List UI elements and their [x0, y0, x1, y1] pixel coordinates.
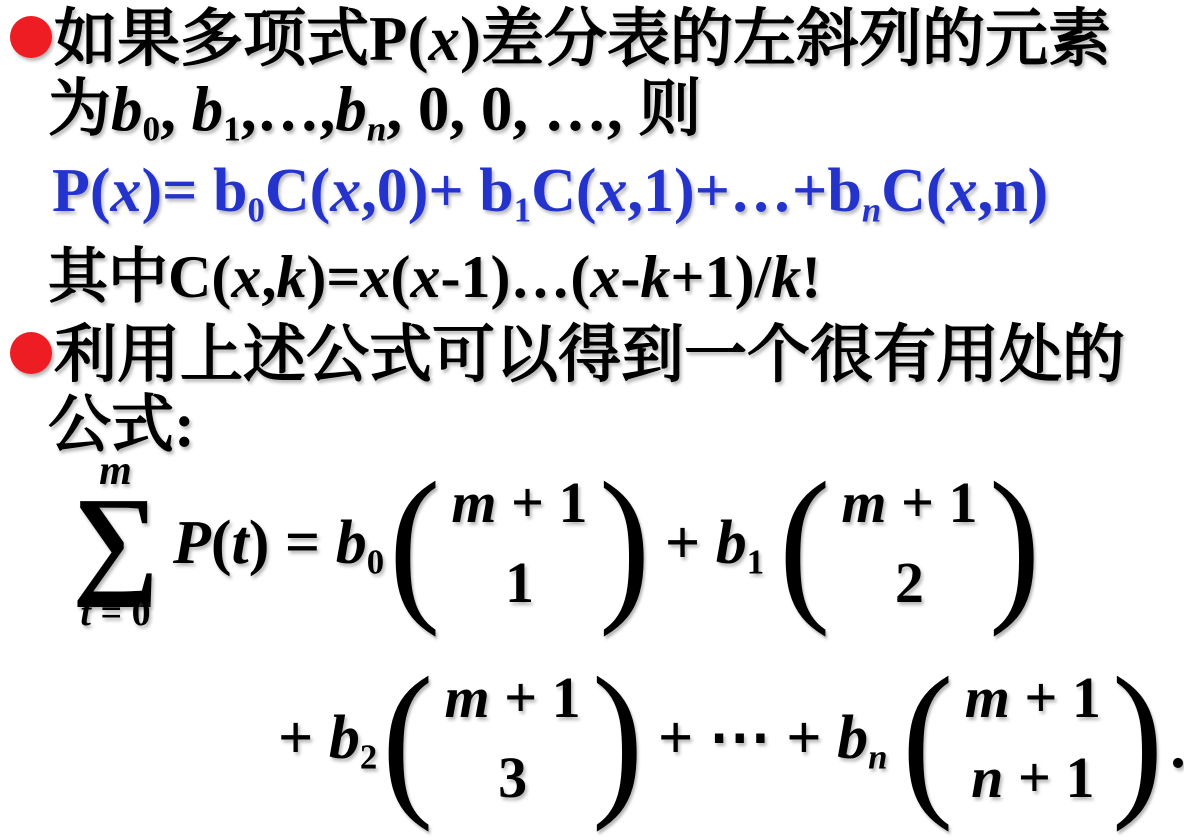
bullet-item-1-line-2: 为b0, b1,…,bn, 0, 0, …, 则	[0, 74, 701, 144]
bullet1-text-line2: 为b0, b1,…,bn, 0, 0, …, 则	[48, 74, 701, 144]
formula-row-2: + b2 ( m + 1 3 ) + ⋯ + bn ( m + 1 n + 1 …	[278, 645, 1184, 831]
binomial-bottom: 3	[498, 746, 527, 810]
binomial-stack: m + 1 3	[436, 666, 588, 810]
left-paren: (	[902, 645, 954, 831]
right-paren: )	[592, 645, 644, 831]
binomial-bottom: n + 1	[971, 746, 1094, 810]
binomial-stack: m + 1 n + 1	[957, 666, 1109, 810]
formula-mid-operators: + ⋯ + bn	[658, 702, 887, 774]
where-definition-line: 其中C(x,k)=x(x-1)…(x-k+1)/k!	[0, 242, 821, 312]
binomial-coefficient-3: ( m + 1 3 )	[379, 645, 646, 831]
formula-lead: + b2	[278, 702, 377, 774]
formula-row-1: m ∑ t = 0 P(t) = b0 ( m + 1 1 ) + b1 ( m…	[72, 450, 1045, 636]
bullet-icon	[10, 16, 52, 58]
bullet1-text-line1: 如果多项式P(x)差分表的左斜列的元素	[54, 4, 1111, 74]
left-paren: (	[382, 645, 434, 831]
binomial-top: m + 1	[841, 471, 977, 535]
right-paren: )	[598, 450, 650, 636]
bullet-item-2-line-1: 利用上述公式可以得到一个很有用处的	[0, 320, 1125, 390]
binomial-coefficient-2: ( m + 1 2 )	[776, 450, 1043, 636]
left-paren: (	[389, 450, 441, 636]
bullet2-text-line1: 利用上述公式可以得到一个很有用处的	[54, 320, 1125, 390]
sum-lower-limit: t = 0	[80, 592, 150, 634]
sigma-icon: ∑	[72, 490, 159, 592]
binomial-top: m + 1	[965, 666, 1101, 730]
formula-period: .	[1170, 711, 1184, 783]
binomial-bottom: 1	[505, 551, 534, 615]
right-paren: )	[988, 450, 1040, 636]
bullet-icon	[10, 332, 52, 374]
binomial-top: m + 1	[451, 471, 587, 535]
bullet-item-1-line-1: 如果多项式P(x)差分表的左斜列的元素	[0, 4, 1111, 74]
presentation-slide: 如果多项式P(x)差分表的左斜列的元素 为b0, b1,…,bn, 0, 0, …	[0, 0, 1184, 840]
formula-lhs: P(t) = b0	[173, 507, 384, 579]
binomial-coefficient-1: ( m + 1 1 )	[386, 450, 653, 636]
binomial-stack: m + 1 1	[443, 471, 595, 615]
formula-operator-1: + b1	[665, 507, 764, 579]
binomial-top: m + 1	[444, 666, 580, 730]
blue-formula-text: P(x)= b0C(x,0)+ b1C(x,1)+…+bnC(x,n)	[52, 156, 1048, 226]
right-paren: )	[1112, 645, 1164, 831]
summation-symbol: m ∑ t = 0	[72, 452, 159, 634]
binomial-coefficient-4: ( m + 1 n + 1 )	[899, 645, 1166, 831]
blue-formula-line: P(x)= b0C(x,0)+ b1C(x,1)+…+bnC(x,n)	[0, 156, 1048, 226]
left-paren: (	[779, 450, 831, 636]
where-definition-text: 其中C(x,k)=x(x-1)…(x-k+1)/k!	[48, 242, 821, 312]
binomial-bottom: 2	[895, 551, 924, 615]
binomial-stack: m + 1 2	[833, 471, 985, 615]
